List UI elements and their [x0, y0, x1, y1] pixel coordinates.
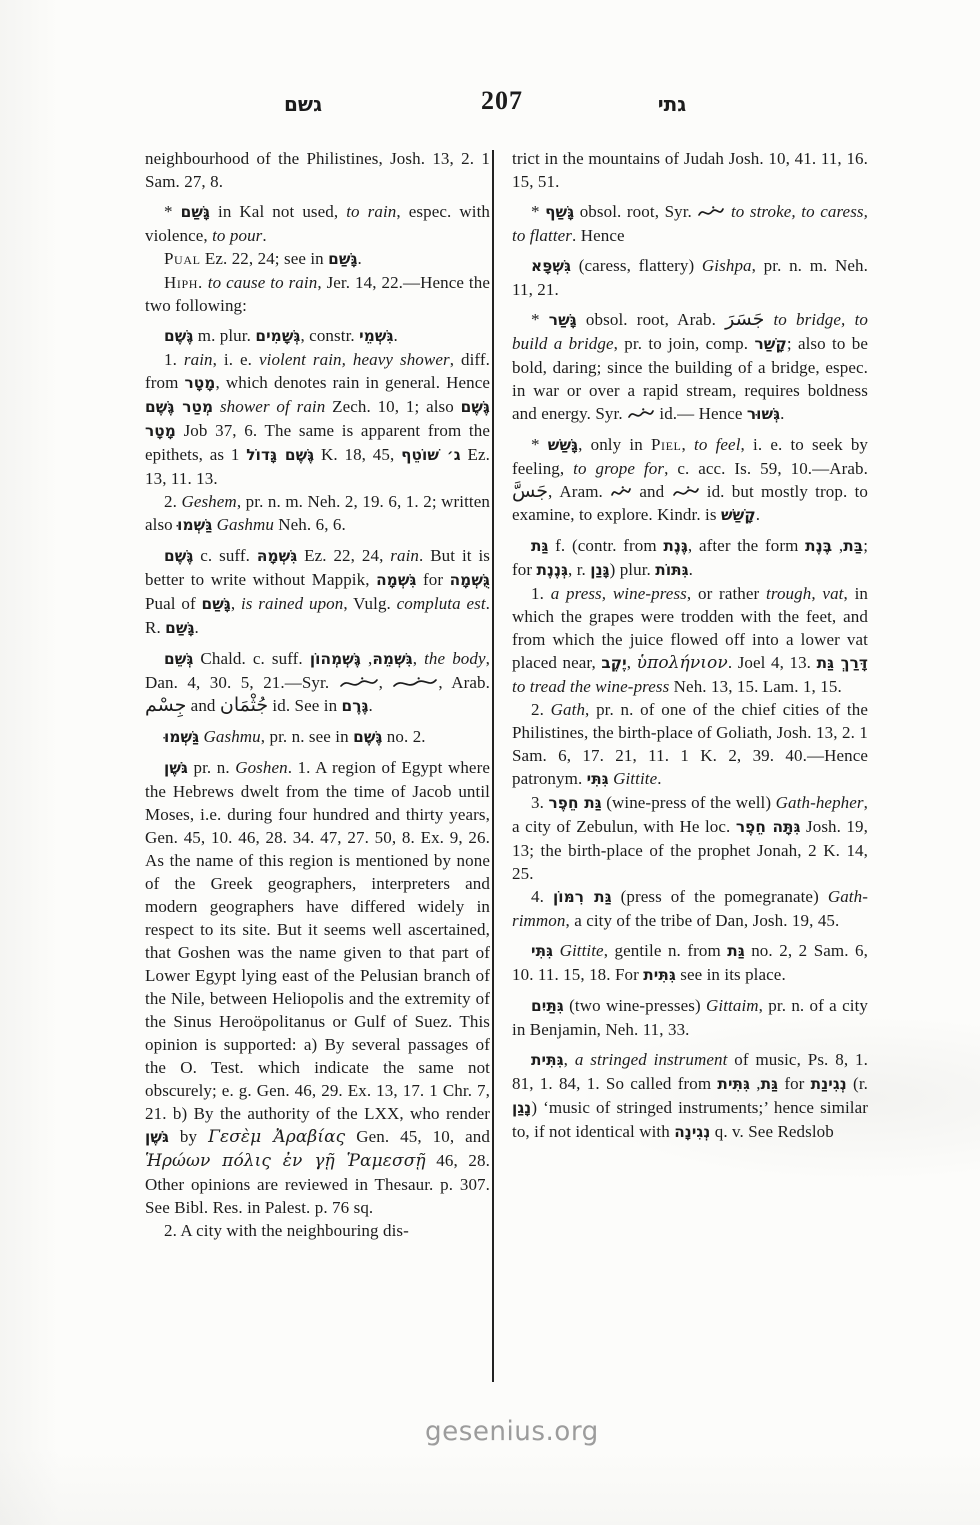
text-run: , — [379, 673, 393, 692]
text-run: Neh. 6, 6. — [274, 515, 346, 534]
italic-text: rain — [390, 546, 419, 565]
para-gath-2: 2. Gath, pr. n. of one of the chief citi… — [512, 698, 868, 791]
text-run: , r. — [568, 560, 590, 579]
para-gath-4: 4. גַּת רִמּוֹן (press of the pomegranat… — [512, 885, 868, 932]
italic-text: to rain — [346, 202, 396, 221]
hebrew-word: קָשַׁר — [754, 335, 786, 353]
text-run: . — [756, 505, 760, 524]
para-hiph: Hiph. to cause to rain, Jer. 14, 22.—Hen… — [145, 271, 490, 317]
hebrew-word: גַּת — [761, 1075, 778, 1093]
greek-text: Γεσὲμ Ἀραβίας — [208, 1127, 345, 1147]
hebrew-word: גִּתָּה חֵפֶר — [736, 818, 801, 836]
hebrew-word: גֻּשְׁמָה — [450, 571, 490, 589]
text-run: f. (contr. from — [548, 536, 663, 555]
hebrew-word: גַּת רִמּוֹן — [553, 888, 612, 906]
hebrew-word: נְגִינַת — [811, 1075, 847, 1093]
arabic-word: جَسَّ — [512, 480, 548, 502]
entry-root-gashar: * גָּשַׁר obsol. root, Arab. جَسَرَ to b… — [512, 308, 868, 426]
hebrew-word: גָּשַׁשׁ — [548, 436, 578, 454]
entry-goshen: גֹּשֶׁן pr. n. Goshen. 1. A region of Eg… — [145, 756, 490, 1219]
italic-text: to grope for — [573, 459, 664, 478]
para-gath-3: 3. גַּת חֵפֶר (wine-press of the well) G… — [512, 791, 868, 885]
hebrew-word: גִּתִּית — [643, 966, 676, 984]
entry-root-gasham: * גָּשַׁם in Kal not used, to rain, espe… — [145, 200, 490, 247]
watermark: gesenius.org — [425, 1416, 599, 1447]
italic-text: Gittaim — [706, 996, 759, 1015]
text-run: and — [632, 482, 671, 501]
text-run: . — [780, 404, 784, 423]
para-gath-1: 1. a press, wine-press, or rather trough… — [512, 582, 868, 698]
small-caps-label: Pual — [164, 249, 201, 268]
entry-gishpa: גִּשְׁפָּא (caress, flattery) Gishpa, pr… — [512, 254, 868, 301]
hebrew-word: מָטָר — [185, 374, 216, 392]
entry-gath: גַּת f. (contr. from גֶּנֶת, after the f… — [512, 534, 868, 582]
text-run: for — [778, 1074, 811, 1093]
syriac-word — [610, 485, 632, 499]
text-run: Ez. 22, 24; see in — [201, 249, 329, 268]
text-run: (press of the pomegranate) — [612, 887, 828, 906]
italic-text: to pour — [212, 226, 262, 245]
text-run: Neh. 13, 15. Lam. 1, 15. — [669, 677, 841, 696]
header-keyword-left: גשם — [243, 92, 363, 116]
text-run: , — [750, 1074, 761, 1093]
hebrew-word: גִּשְׁמֵי — [359, 327, 393, 345]
text-run: . — [394, 326, 398, 345]
greek-text: ὑπολήνιον — [637, 653, 728, 673]
hebrew-word: גְּשָׁמִים — [255, 327, 300, 345]
hebrew-word: גַּת — [727, 942, 744, 960]
text-run: , after the form — [688, 536, 805, 555]
italic-text: Gashmu — [204, 727, 261, 746]
para-goshen-2: 2. A city with the neighbouring dis- — [145, 1219, 490, 1242]
text-run: id. See in — [268, 696, 341, 715]
hebrew-word: גִּתִּית — [717, 1075, 750, 1093]
hebrew-word: גִּתַּיִם — [531, 997, 564, 1015]
hebrew-word: גָּנַן — [590, 561, 609, 579]
hebrew-word: גִּתִּי — [587, 770, 609, 788]
hebrew-word: גָּשַׁר — [549, 311, 577, 329]
text-run: id.— Hence — [655, 404, 747, 423]
hebrew-word: גֶּשְׁמְהוֹן — [310, 650, 361, 668]
italic-text: a stringed instrument — [575, 1050, 728, 1069]
italic-text: trough, vat — [766, 584, 843, 603]
text-run: 1. — [531, 584, 551, 603]
text-run: . Hence — [572, 226, 625, 245]
hebrew-word: גָּשַׁם — [201, 595, 230, 613]
hebrew-word: גֶּשֶׁם גָּדוֹל — [246, 446, 314, 464]
text-run: , pr. n. see in — [261, 727, 353, 746]
arabic-word: جِسْم — [145, 694, 186, 716]
lexicon-page: גשם 207 גתי neighbourhood of the Philist… — [0, 0, 980, 1525]
text-run: . — [657, 769, 661, 788]
text-run — [213, 397, 220, 416]
italic-text: compluta est — [397, 594, 486, 613]
entry-root-gashaph: * גָּשַׁף obsol. root, Syr. to stroke, t… — [512, 200, 868, 247]
hebrew-word: גֶּשֶׁם — [164, 327, 193, 345]
text-run: 4. — [531, 887, 553, 906]
hebrew-word: גֶּרֶם — [342, 697, 369, 715]
text-run: . — [689, 560, 693, 579]
syriac-word — [392, 676, 438, 690]
text-run: , Vulg. — [343, 594, 396, 613]
text-run: . Joel 4, 13. — [728, 653, 817, 672]
small-caps-label: Hiph. — [164, 273, 203, 292]
text-run: , — [681, 435, 694, 454]
hebrew-word: גִּתִּית — [531, 1051, 564, 1069]
hebrew-word: גְּנֶנֶת — [536, 561, 568, 579]
hebrew-word: מְטַר גֶּשֶׁם — [145, 398, 213, 416]
hebrew-word: גֶּשֶׁם — [164, 547, 193, 565]
italic-text: to feel — [694, 435, 741, 454]
text-run: ) plur. — [610, 560, 656, 579]
text-run: obsol. root, Syr. — [574, 202, 697, 221]
continuation-geshurites: neighbourhood of the Philistines, Josh. … — [145, 147, 490, 193]
text-run: pr. n. — [188, 758, 235, 777]
syriac-word — [339, 676, 379, 690]
hebrew-word: בֶּנֶת — [805, 537, 832, 555]
text-run: * — [531, 435, 548, 454]
text-run: Zech. 10, 1; also — [325, 397, 460, 416]
text-run: , Arab. — [438, 673, 490, 692]
text-run: (caress, flattery) — [571, 256, 702, 275]
text-run: , — [627, 653, 637, 672]
entry-geshem-chald: גְּשֵׁם Chald. c. suff. גִּשְׁמֵהּ, גֶּש… — [145, 647, 490, 718]
entry-gittaim: גִּתַּיִם (two wine-presses) Gittaim, pr… — [512, 994, 868, 1041]
hebrew-word: נְגִינָה — [674, 1123, 710, 1141]
italic-text: shower of rain — [220, 397, 325, 416]
italic-text: Goshen — [235, 758, 288, 777]
text-run: see in its place. — [676, 965, 786, 984]
hebrew-word: קָשַׁשׁ — [721, 506, 756, 524]
text-run: 2. A city with the neighbouring dis- — [164, 1221, 409, 1240]
hebrew-word: גֹּשֶׁן — [164, 759, 188, 777]
arabic-word: جُثْمَان — [220, 694, 268, 716]
text-run: , — [832, 536, 843, 555]
hebrew-word: גָּשַׁם — [165, 619, 194, 637]
text-run: . 1. A region of Egypt where the Hebrews… — [145, 758, 490, 1123]
column-right: trict in the mountains of Judah Josh. 10… — [512, 147, 868, 1144]
text-run: and — [186, 696, 219, 715]
italic-text: violent rain, heavy shower — [259, 350, 450, 369]
text-run: in Kal not used, — [210, 202, 346, 221]
text-run: 2. — [531, 700, 551, 719]
text-run: , — [361, 649, 372, 668]
text-run: * — [164, 202, 181, 221]
continuation-goshen-2: trict in the mountains of Judah Josh. 10… — [512, 147, 868, 193]
hebrew-word: גָּשַׁף — [545, 203, 574, 221]
text-run: , gentile n. from — [604, 941, 728, 960]
italic-text: is rained upon — [241, 594, 343, 613]
arabic-word: جَسَرَ — [725, 308, 764, 330]
text-run: . — [195, 618, 199, 637]
hebrew-word: גִּשְׁמֵהּ — [372, 650, 412, 668]
italic-text: Gath-hepher — [776, 793, 864, 812]
para-pual: Pual Ez. 22, 24; see in גָּשַׁם. — [145, 247, 490, 271]
text-run: , — [231, 594, 241, 613]
text-run: by — [169, 1127, 208, 1146]
para-geshem-1: 1. rain, i. e. violent rain, heavy showe… — [145, 348, 490, 490]
italic-text: Gath — [551, 700, 585, 719]
italic-text: to tread the wine-press — [512, 677, 669, 696]
text-run: , which denotes rain in general. Hence — [215, 373, 490, 392]
text-run: , a city of the tribe of Dan, Josh. 19, … — [566, 911, 840, 930]
hebrew-word: גִּתִּי — [531, 942, 553, 960]
text-run: , pr. to join, comp. — [614, 334, 755, 353]
text-run: neighbourhood of the Philistines, Josh. … — [145, 149, 490, 191]
text-run: 2. — [164, 492, 181, 511]
text-run: no. 2. — [382, 727, 425, 746]
italic-text: a press, wine-press — [551, 584, 687, 603]
entry-geshem-noun: גֶּשֶׁם m. plur. גְּשָׁמִים, constr. גִּ… — [145, 324, 490, 348]
text-run: , — [413, 649, 424, 668]
hebrew-word: גִּשְׁמָה — [376, 571, 416, 589]
text-run: * — [531, 310, 549, 329]
text-run: , — [564, 1050, 575, 1069]
entry-gittith: גִּתִּית, a stringed instrument of music… — [512, 1048, 868, 1144]
text-run: 3. — [531, 793, 549, 812]
italic-text: Gittite — [560, 941, 604, 960]
text-run: Chald. c. suff. — [193, 649, 309, 668]
text-run: (two wine-presses) — [564, 996, 706, 1015]
hebrew-word: גְּשֵׁם — [164, 650, 193, 668]
para-geshem-2: 2. Geshem, pr. n. m. Neh. 2, 19. 6, 1. 2… — [145, 490, 490, 537]
text-run: trict in the mountains of Judah Josh. 10… — [512, 149, 868, 191]
italic-text: Gashmu — [217, 515, 274, 534]
text-run: , constr. — [300, 326, 359, 345]
text-run: m. plur. — [193, 326, 255, 345]
text-run: . — [358, 249, 362, 268]
hebrew-word: גִּשְׁמָהּ — [257, 547, 297, 565]
text-run: . — [262, 226, 266, 245]
greek-text: Ἡρώων πόλις ἐν γῇ Ῥαμεσσῇ — [145, 1151, 426, 1171]
entry-gashmu: גַּשְׁמוּ Gashmu, pr. n. see in גֶּשֶׁם … — [145, 725, 490, 749]
entry-geshem-suff: גֶּשֶׁם c. suff. גִּשְׁמָהּ Ez. 22, 24, … — [145, 544, 490, 640]
italic-text: Gittite — [613, 769, 657, 788]
entry-root-gashash: * גָּשַׁשׁ, only in Piel, to feel, i. e.… — [512, 433, 868, 527]
italic-text: Gishpa — [702, 256, 752, 275]
text-run: , or rather — [687, 584, 766, 603]
italic-text: rain — [184, 350, 213, 369]
hebrew-word: גָּשַׁם — [181, 203, 210, 221]
hebrew-word: ג׳ שׁוֹטֵף — [401, 446, 461, 464]
italic-text: to cause to rain — [208, 273, 318, 292]
text-run: , i. e. — [213, 350, 259, 369]
hebrew-word: דָּרַךְ גַּת — [817, 654, 868, 672]
hebrew-word: גֶּשֶׁם — [353, 728, 382, 746]
text-run: Gen. 45, 10, and — [345, 1127, 490, 1146]
text-run: obsol. root, Arab. — [577, 310, 725, 329]
hebrew-word: גֶּנֶת — [663, 537, 688, 555]
hebrew-word: גַּת חֵפֶר — [549, 794, 602, 812]
hebrew-word: בַּת — [843, 537, 863, 555]
text-run: Ez. 22, 24, — [297, 546, 390, 565]
hebrew-word: גְּשׁוּר — [747, 405, 780, 423]
text-run: * — [531, 202, 545, 221]
hebrew-word: גַּשְׁמוּ — [177, 516, 212, 534]
hebrew-word: גַּת — [531, 537, 548, 555]
hebrew-word: נָגַן — [512, 1099, 531, 1117]
header-keyword-right: גתי — [612, 92, 732, 116]
hebrew-word: גַּשְׁמוּ — [164, 728, 199, 746]
italic-text: Geshem — [181, 492, 236, 511]
text-run: for — [416, 570, 449, 589]
small-caps-label: Piel — [651, 435, 682, 454]
syriac-word — [697, 205, 725, 219]
page-number: 207 — [447, 86, 557, 116]
column-left: neighbourhood of the Philistines, Josh. … — [145, 147, 490, 1242]
text-run: , c. acc. Is. 59, 10.—Arab. — [664, 459, 868, 478]
text-run: (wine-press of the well) — [602, 793, 776, 812]
text-run: , only in — [578, 435, 651, 454]
text-run: (r. — [847, 1074, 868, 1093]
text-run: Pual of — [145, 594, 201, 613]
text-run: , Aram. — [548, 482, 610, 501]
syriac-word — [627, 407, 655, 421]
hebrew-word: גִּתּוֹת — [655, 561, 688, 579]
text-run: q. v. See Redslob — [710, 1122, 833, 1141]
text-run: c. suff. — [193, 546, 256, 565]
italic-text: the body — [424, 649, 486, 668]
entry-gitti: גִּתִּי Gittite, gentile n. from גַּת no… — [512, 939, 868, 987]
hebrew-word: גֹּשֶׁן — [145, 1128, 169, 1146]
syriac-word — [672, 485, 700, 499]
column-divider — [492, 150, 494, 1382]
hebrew-word: גִּשְׁפָּא — [531, 257, 571, 275]
text-run: 1. — [164, 350, 184, 369]
text-run: . — [369, 696, 373, 715]
hebrew-word: גָּשַׁם — [328, 250, 357, 268]
hebrew-word: יֶקֶב — [601, 654, 626, 672]
